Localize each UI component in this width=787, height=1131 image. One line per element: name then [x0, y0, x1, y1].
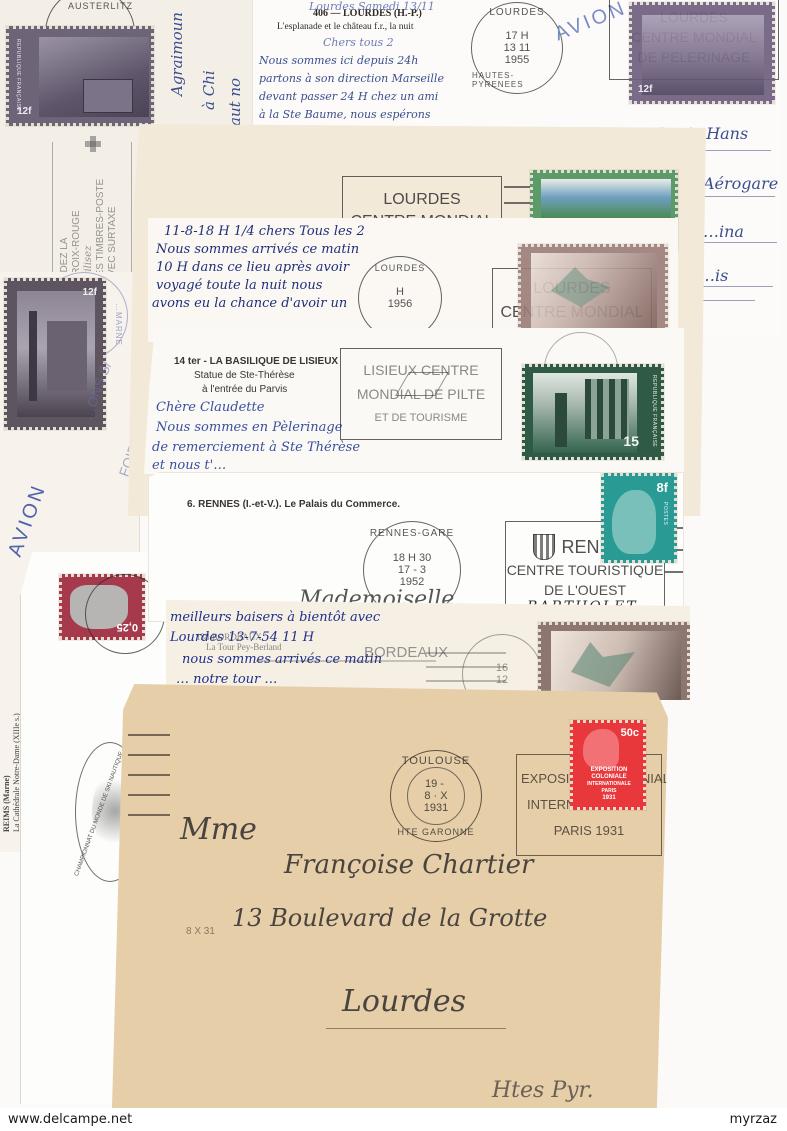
stamp-bordeaux-brown — [538, 622, 690, 700]
footer-watermark: www.delcampe.net myrzaz — [0, 1108, 787, 1131]
card-rennes: 6. RENNES (I.-et-V.). Le Palais du Comme… — [148, 472, 684, 622]
postmark-lourdes-1956: LOURDES H 1956 — [358, 256, 442, 340]
flamme-croix-rouge: AIDEZ LA CROIX-ROUGE utilisez LES TIMBRE… — [52, 142, 132, 290]
seller-name: myrzaz — [730, 1112, 777, 1127]
card-lourdes-handwritten: 11-8-18 H 1/4 chers Tous les 2 Nous somm… — [148, 218, 678, 342]
card-lisieux: 14 ter - LA BASILIQUE DE LISIEUX Statue … — [144, 328, 684, 474]
red-cross-icon — [85, 136, 101, 152]
rennes-shield-icon — [533, 534, 555, 560]
postmark-toulouse: TOULOUSE 19 - 8 · X 1931 HTE GARONNE — [390, 750, 482, 842]
site-watermark: www.delcampe.net — [8, 1112, 132, 1127]
stamp-15-lisieux: 15 REPUBLIQUE FRANÇAISE — [522, 364, 664, 460]
stamp-12f-violet: REPUBLIQUE FRANÇAISE 12f — [6, 26, 154, 126]
stamp-12f-lourdes: 12f — [629, 2, 775, 104]
postal-history-lot-photo: AUSTERLITZ REPUBLIQUE FRANÇAISE 12f AIDE… — [0, 0, 787, 1108]
envelope-toulouse-1931: TOULOUSE 19 - 8 · X 1931 HTE GARONNE EXP… — [112, 684, 668, 1108]
postmark-lourdes-1955: LOURDES 17 H 13 11 1955 HAUTES-PYRENEES — [471, 2, 563, 94]
card-bordeaux: 138 BORDEAUX La Tour Pey-Berland meilleu… — [166, 600, 690, 700]
stamp-bernadette-brown — [518, 244, 668, 342]
stamp-8f-marianne-gandon: 8f POSTES — [601, 473, 677, 563]
stamp-50c-exposition-coloniale: 50c EXPOSITION COLONIALE INTERNATIONALE … — [570, 720, 646, 810]
